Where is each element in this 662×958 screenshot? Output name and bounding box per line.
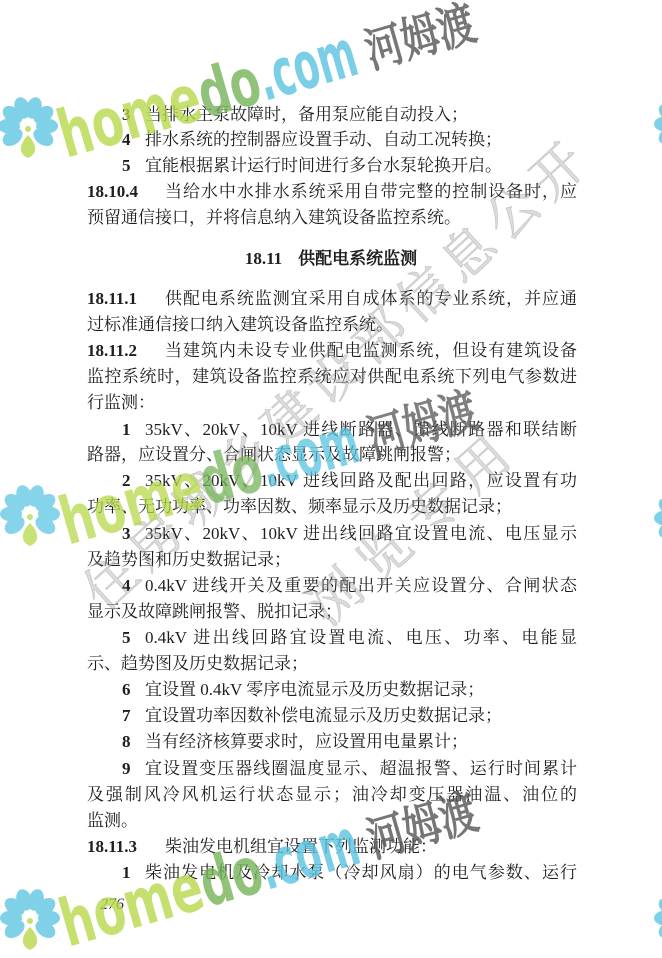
flower-logo-icon: [654, 887, 662, 950]
section-heading: 18.11供配电系统监测: [0, 246, 662, 272]
text-line: 行监测：: [87, 390, 577, 416]
item-number: 4: [122, 127, 145, 153]
clause-number: 18.10.4: [87, 179, 165, 205]
flower-logo-icon: [654, 487, 662, 550]
item-number: 5: [122, 153, 145, 179]
continuation-text: 预留通信接口，并将信息纳入建筑设备监控系统。: [87, 205, 577, 231]
list-item: 3 35kV、20kV、10kV 进出线回路宜设置电流、电压显示: [122, 521, 577, 547]
flower-logo-icon: [0, 95, 58, 158]
list-item: 4 排水系统的控制器应设置手动、自动工况转换；: [122, 127, 577, 153]
flower-logo-icon: [654, 93, 662, 156]
clause-number: 18.11.2: [87, 338, 165, 364]
text-line: 功率、无功功率、功率因数、频率显示及历史数据记录；: [87, 494, 577, 520]
item-text: 35kV、20kV、10kV 进线回路及配出回路，应设置有功: [145, 468, 577, 494]
item-text: 0.4kV 进线开关及重要的配出开关应设置分、合闸状态: [145, 573, 577, 599]
list-item: 1 35kV、20kV、10kV 进线断路器、馈线断路器和联结断: [122, 417, 577, 443]
continuation-text: 示、趋势图及历史数据记录；: [87, 651, 577, 677]
document-page: 3 当排水主泵故障时，备用泵应能自动投入； 4 排水系统的控制器应设置手动、自动…: [0, 0, 662, 958]
item-number: 1: [122, 860, 145, 886]
text-line: 过标准通信接口纳入建筑设备监控系统。: [87, 312, 577, 338]
clause-text: 当给水中水排水系统采用自带完整的控制设备时，应: [165, 179, 577, 205]
continuation-text: 过标准通信接口纳入建筑设备监控系统。: [87, 312, 577, 338]
item-number: 2: [122, 468, 145, 494]
section-number: 18.11: [245, 249, 282, 268]
text-line: 路器，应设置分、合闸状态显示及故障跳闸报警；: [87, 442, 577, 468]
continuation-text: 及强制风冷风机运行状态显示；油冷却变压器油温、油位的: [87, 782, 577, 808]
section-title: 供配电系统监测: [298, 249, 417, 268]
item-number: 6: [122, 677, 145, 703]
text-line: 监测。: [87, 808, 577, 834]
clause-18-11-3: 18.11.3 柴油发电机组宜设置下列监测功能：: [87, 834, 577, 860]
list-item: 5 宜能根据累计运行时间进行多台水泵轮换开启。: [122, 153, 577, 179]
item-number: 4: [122, 573, 145, 599]
item-text: 宜能根据累计运行时间进行多台水泵轮换开启。: [145, 153, 577, 179]
continuation-text: 及趋势图和历史数据记录；: [87, 547, 577, 573]
item-text: 宜设置变压器线圈温度显示、超温报警、运行时间累计: [145, 756, 577, 782]
list-item: 7 宜设置功率因数补偿电流显示及历史数据记录；: [122, 703, 577, 729]
clause-18-10-4: 18.10.4 当给水中水排水系统采用自带完整的控制设备时，应: [87, 179, 577, 205]
text-line: 监控系统时，建筑设备监控系统应对供配电系统下列电气参数进: [87, 364, 577, 390]
item-number: 7: [122, 703, 145, 729]
text-line: 显示及故障跳闸报警、脱扣记录；: [87, 599, 577, 625]
item-text: 当排水主泵故障时，备用泵应能自动投入；: [145, 102, 577, 128]
list-item: 5 0.4kV 进出线回路宜设置电流、电压、功率、电能显: [122, 625, 577, 651]
continuation-text: 监控系统时，建筑设备监控系统应对供配电系统下列电气参数进: [87, 364, 577, 390]
item-text: 排水系统的控制器应设置手动、自动工况转换；: [145, 127, 577, 153]
brand-cn: 河姆渡: [359, 0, 482, 80]
list-item: 2 35kV、20kV、10kV 进线回路及配出回路，应设置有功: [122, 468, 577, 494]
text-line: 及强制风冷风机运行状态显示；油冷却变压器油温、油位的: [87, 782, 577, 808]
list-item: 4 0.4kV 进线开关及重要的配出开关应设置分、合闸状态: [122, 573, 577, 599]
continuation-text: 功率、无功功率、功率因数、频率显示及历史数据记录；: [87, 494, 577, 520]
list-item: 1 柴油发电机及冷却水泵（冷却风扇）的电气参数、运行: [122, 860, 577, 886]
clause-number: 18.11.3: [87, 834, 165, 860]
list-item: 3 当排水主泵故障时，备用泵应能自动投入；: [122, 102, 577, 128]
continuation-text: 行监测：: [87, 390, 577, 416]
page-number: 276: [100, 893, 124, 917]
item-number: 5: [122, 625, 145, 651]
item-number: 8: [122, 729, 145, 755]
clause-18-11-1: 18.11.1 供配电系统监测宜采用自成体系的专业系统，并应通: [87, 286, 577, 312]
flower-logo-icon: [0, 483, 60, 546]
item-text: 宜设置 0.4kV 零序电流显示及历史数据记录；: [145, 677, 577, 703]
item-text: 35kV、20kV、10kV 进出线回路宜设置电流、电压显示: [145, 521, 577, 547]
clause-number: 18.11.1: [87, 286, 165, 312]
item-number: 1: [122, 417, 145, 443]
item-text: 柴油发电机及冷却水泵（冷却风扇）的电气参数、运行: [145, 860, 577, 886]
clause-text: 柴油发电机组宜设置下列监测功能：: [165, 834, 577, 860]
clause-text: 供配电系统监测宜采用自成体系的专业系统，并应通: [165, 286, 577, 312]
continuation-text: 监测。: [87, 808, 577, 834]
item-text: 宜设置功率因数补偿电流显示及历史数据记录；: [145, 703, 577, 729]
item-number: 9: [122, 756, 145, 782]
list-item: 8 当有经济核算要求时，应设置用电量累计；: [122, 729, 577, 755]
text-line: 预留通信接口，并将信息纳入建筑设备监控系统。: [87, 205, 577, 231]
item-number: 3: [122, 102, 145, 128]
list-item: 6 宜设置 0.4kV 零序电流显示及历史数据记录；: [122, 677, 577, 703]
item-text: 0.4kV 进出线回路宜设置电流、电压、功率、电能显: [145, 625, 577, 651]
list-item: 9 宜设置变压器线圈温度显示、超温报警、运行时间累计: [122, 756, 577, 782]
item-text: 35kV、20kV、10kV 进线断路器、馈线断路器和联结断: [145, 417, 577, 443]
text-line: 及趋势图和历史数据记录；: [87, 547, 577, 573]
item-text: 当有经济核算要求时，应设置用电量累计；: [145, 729, 577, 755]
continuation-text: 显示及故障跳闸报警、脱扣记录；: [87, 599, 577, 625]
text-line: 示、趋势图及历史数据记录；: [87, 651, 577, 677]
continuation-text: 路器，应设置分、合闸状态显示及故障跳闸报警；: [87, 442, 577, 468]
clause-text: 当建筑内未设专业供配电监测系统，但设有建筑设备: [165, 338, 577, 364]
flower-logo-icon: [0, 887, 60, 950]
clause-18-11-2: 18.11.2 当建筑内未设专业供配电监测系统，但设有建筑设备: [87, 338, 577, 364]
item-number: 3: [122, 521, 145, 547]
